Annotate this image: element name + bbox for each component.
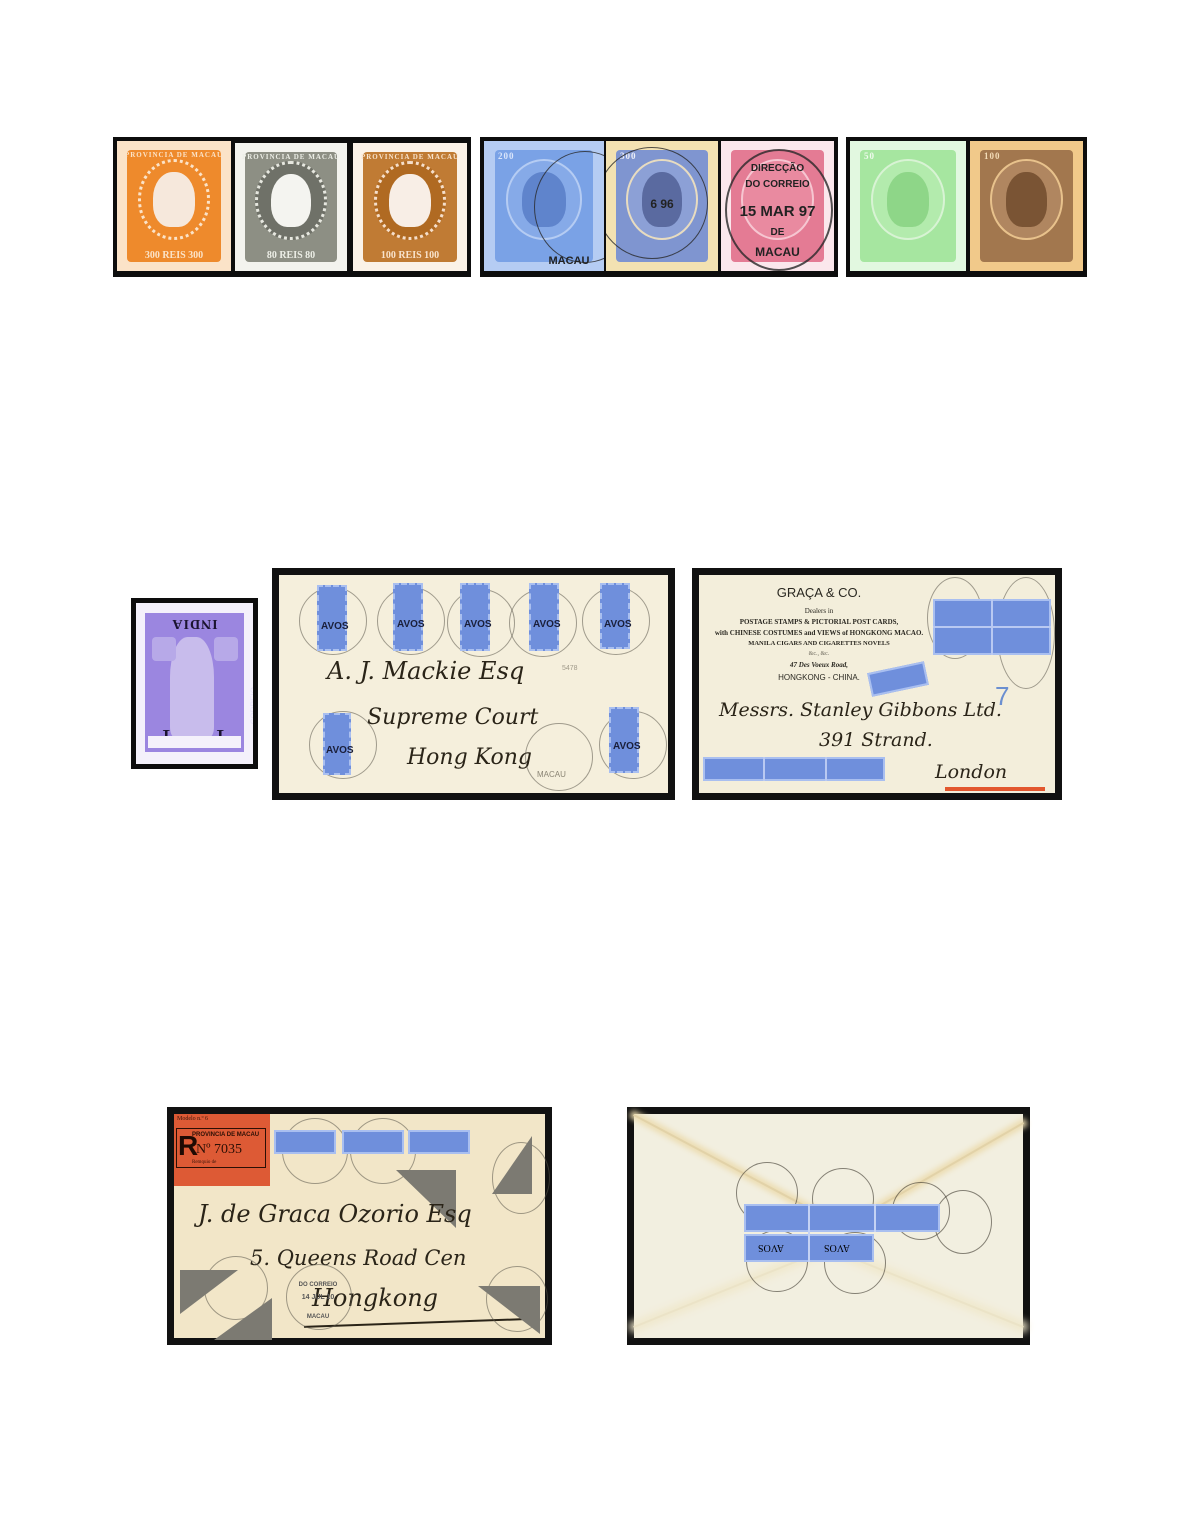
crown-right-icon bbox=[214, 637, 238, 661]
stamp-block-classic-reis: PROVINCIA DE MACAU 300 REIS 300 PROVINCI… bbox=[113, 137, 471, 277]
grey-bisect-triangle bbox=[478, 1286, 540, 1334]
cancel-line-2: DO CORREIO bbox=[721, 179, 834, 190]
value-tablet bbox=[148, 736, 241, 748]
ceres-figure-icon bbox=[170, 637, 214, 737]
bisect-stamp: AVOS bbox=[393, 583, 423, 651]
stamp-blue-300-reis: 300 6 96 bbox=[606, 141, 718, 271]
perforation-divider bbox=[874, 1204, 876, 1232]
cancel-line-5: MACAU bbox=[721, 245, 834, 259]
stamp-blue-200-reis: 200 MACAU bbox=[484, 141, 604, 271]
stamp-violet-ceres: INDIA CORREIO 1 1 bbox=[136, 603, 253, 764]
correio-text: CORREIO bbox=[249, 687, 253, 724]
address-line-3: London bbox=[935, 761, 1007, 783]
perforation-divider bbox=[825, 757, 827, 781]
stamp-value-text: 80 REIS 80 bbox=[235, 250, 347, 261]
cancel-text: 6 96 bbox=[606, 197, 718, 211]
address-line-1: J. de Graca Ozorio Esq bbox=[198, 1200, 472, 1228]
postmark-date: 14 JUL 10 bbox=[286, 1294, 350, 1301]
stamp-orange-300-reis: PROVINCIA DE MACAU 300 REIS 300 bbox=[117, 141, 231, 271]
stamp-block-of-five bbox=[744, 1204, 940, 1232]
perforation-divider bbox=[808, 1204, 810, 1262]
address-line-3: Hong Kong bbox=[407, 745, 532, 770]
envelope-back: AVOS AVOS bbox=[627, 1107, 1030, 1345]
bisect-stamp: AVOS bbox=[600, 583, 630, 649]
cancel-line-1: DIRECÇÃO bbox=[721, 163, 834, 174]
overprint-text: AVOS bbox=[824, 1242, 850, 1253]
letterhead-line-3: with CHINESE COSTUMES and VIEWS of HONGK… bbox=[699, 629, 939, 637]
portrait-icon bbox=[153, 172, 194, 227]
portrait-icon bbox=[887, 172, 929, 227]
address-line-1: A. J. Mackie Esq bbox=[327, 657, 524, 685]
bisect-stamp: AVOS bbox=[323, 713, 351, 775]
stamp-block-king-carlos-mint: 50 100 bbox=[846, 137, 1087, 277]
stamp-strip-of-three bbox=[703, 757, 885, 781]
stamp-brown-100-reis: PROVINCIA DE MACAU 100 REIS 100 bbox=[353, 143, 467, 271]
letterhead-company: GRAÇA & CO. bbox=[699, 585, 939, 600]
letterhead-line-1: Dealers in bbox=[699, 607, 939, 615]
portrait-icon bbox=[389, 174, 430, 228]
letterhead-line-2: POSTAGE STAMPS & PICTORIAL POST CARDS, bbox=[699, 618, 939, 626]
stamp-value-text: 50 bbox=[850, 151, 966, 161]
cancel-line-4: DE bbox=[721, 227, 834, 238]
postmark-line-5: MACAU bbox=[286, 1314, 350, 1320]
address-line-2: Supreme Court bbox=[367, 705, 538, 730]
stamp-value-text: 300 REIS 300 bbox=[117, 250, 231, 261]
pencil-note: 5478 bbox=[562, 665, 578, 672]
stamp-horizontal-bisect bbox=[274, 1130, 336, 1154]
bisect-stamp: AVOS bbox=[460, 583, 490, 651]
address-line-2: 5. Queens Road Cen bbox=[250, 1246, 466, 1270]
postmark-line-2: DO CORREIO bbox=[286, 1282, 350, 1288]
address-line-2: 391 Strand. bbox=[819, 729, 933, 751]
postmark-text: MACAU bbox=[537, 770, 566, 779]
label-province: PROVINCIA DE MACAU bbox=[192, 1132, 259, 1138]
bisect-stamp: AVOS bbox=[609, 707, 639, 773]
registration-label: Modelo n.º 6 R PROVINCIA DE MACAU Nº 703… bbox=[174, 1114, 270, 1186]
bisect-stamp: AVOS bbox=[529, 583, 559, 651]
cancel-text: MACAU bbox=[534, 255, 604, 267]
portrait-icon bbox=[1006, 172, 1047, 227]
letterhead-line-4: MANILA CIGARS AND CIGARETTES NOVELS bbox=[699, 640, 939, 647]
portrait-icon bbox=[271, 174, 311, 228]
crown-left-icon bbox=[152, 637, 176, 661]
stamp-brown-100-reis-king: 100 bbox=[970, 141, 1083, 271]
perforation-divider bbox=[933, 626, 1051, 628]
label-header: Modelo n.º 6 bbox=[177, 1116, 208, 1122]
stamp-horizontal-bisect bbox=[342, 1130, 404, 1154]
stamp-top-text: PROVINCIA DE MACAU bbox=[353, 153, 467, 161]
label-footer: Remquio de bbox=[192, 1160, 216, 1165]
address-line-1: Messrs. Stanley Gibbons Ltd. bbox=[719, 699, 1002, 721]
bisect-stamp: AVOS bbox=[317, 585, 347, 651]
envelope-mackie: AVOS AVOS AVOS AVOS AVOS 5478 A. J. Mack… bbox=[272, 568, 675, 800]
overprint-text: AVOS bbox=[758, 1242, 784, 1253]
stamp-horizontal-bisect bbox=[408, 1130, 470, 1154]
envelope-graca-co: GRAÇA & CO. Dealers in POSTAGE STAMPS & … bbox=[692, 568, 1062, 800]
grey-bisect-triangle bbox=[214, 1298, 272, 1340]
postmark-macau bbox=[525, 723, 593, 791]
stamp-green-50-reis: 50 bbox=[850, 141, 966, 271]
stamp-rose-reis: DIRECÇÃO DO CORREIO 15 MAR 97 DE MACAU bbox=[721, 141, 834, 271]
registration-number: Nº 7035 bbox=[196, 1142, 242, 1158]
grey-bisect-triangle bbox=[492, 1136, 532, 1194]
stamp-value-text: 100 bbox=[970, 151, 1083, 161]
perforation-divider bbox=[763, 757, 765, 781]
envelope-registered-hongkong: Modelo n.º 6 R PROVINCIA DE MACAU Nº 703… bbox=[167, 1107, 552, 1345]
red-crayon-underline bbox=[945, 787, 1045, 791]
india-ceres-stamp: INDIA CORREIO 1 1 bbox=[131, 598, 258, 769]
stamp-top-text: PROVINCIA DE MACAU bbox=[117, 151, 231, 159]
india-overprint: INDIA bbox=[136, 615, 253, 631]
stamp-grey-80-reis: PROVINCIA DE MACAU 80 REIS 80 bbox=[235, 143, 347, 271]
stamp-value-text: 100 REIS 100 bbox=[353, 250, 467, 261]
stamp-top-text: PROVINCIA DE MACAU bbox=[235, 153, 347, 161]
postmark bbox=[934, 1190, 992, 1254]
cancel-date: 15 MAR 97 bbox=[721, 203, 834, 220]
stamp-block-king-carlos-used: 200 MACAU 300 6 96 DIRECÇÃO DO CORREIO 1… bbox=[480, 137, 838, 277]
letterhead-line-5: &c., &c. bbox=[699, 651, 939, 657]
